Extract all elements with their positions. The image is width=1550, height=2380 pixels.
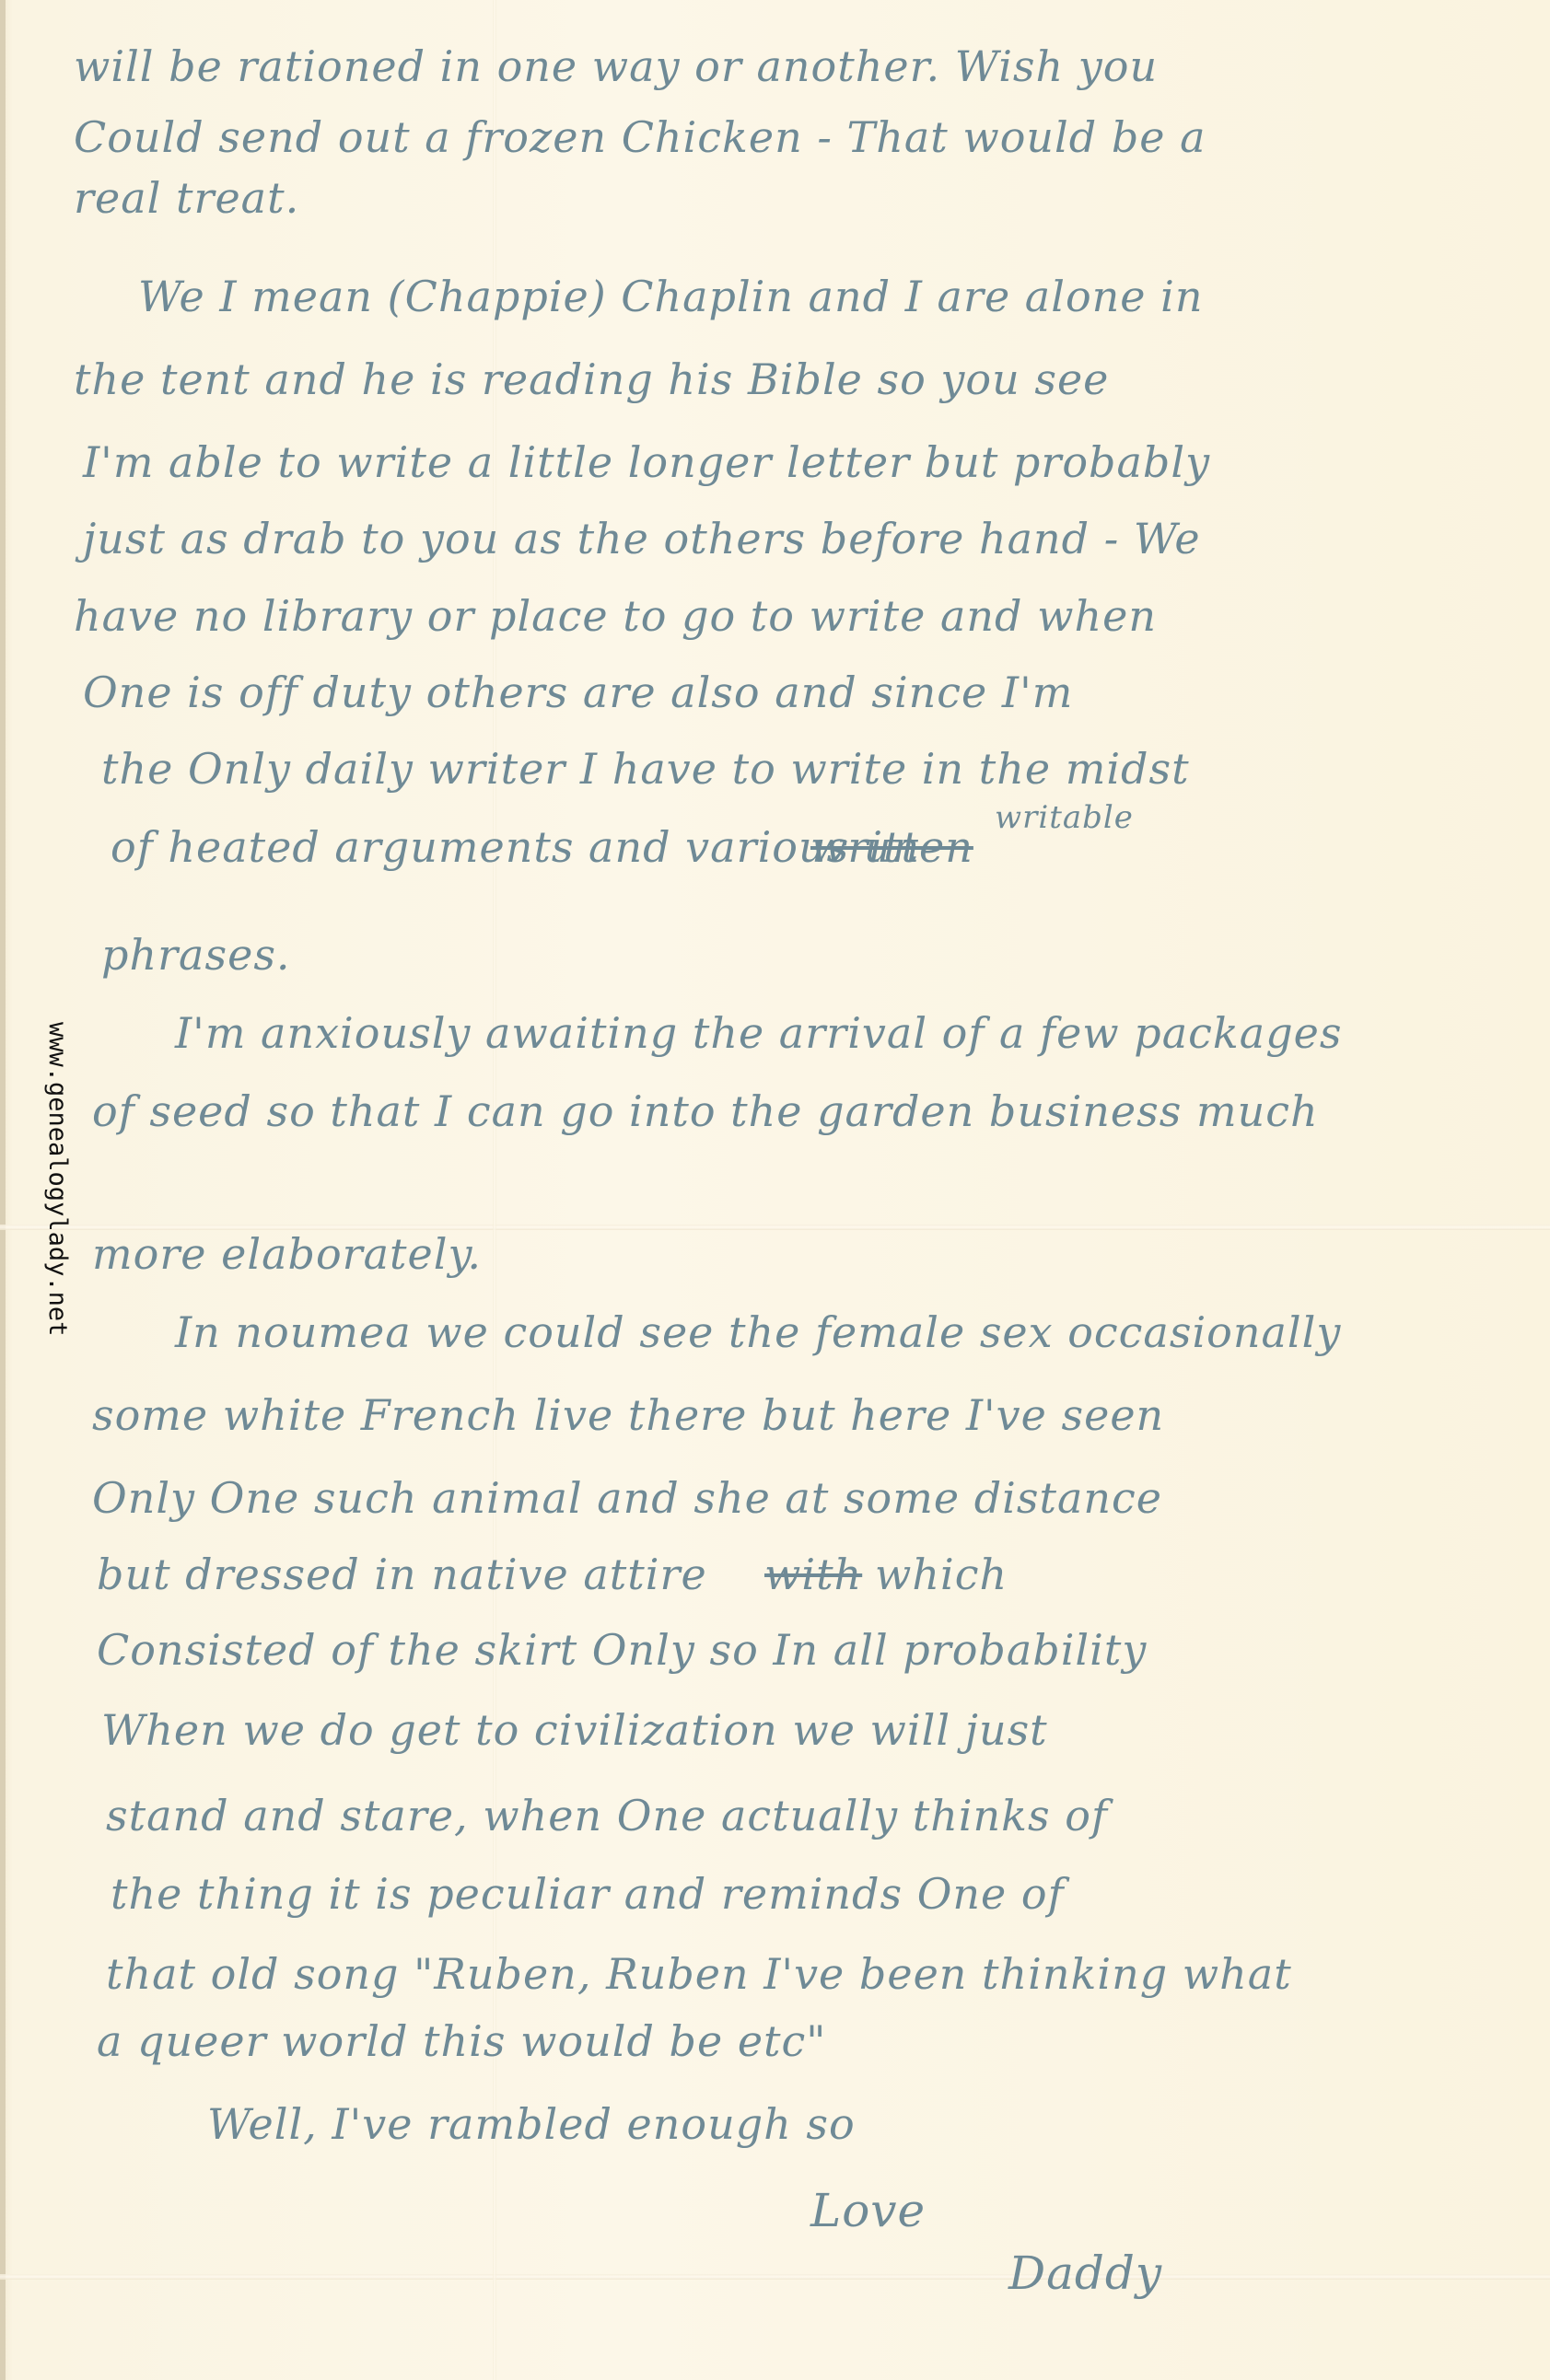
letter-line: Well, I've rambled enough so (207, 2099, 856, 2149)
struck-word: written (810, 822, 973, 872)
letter-line: of seed so that I can go into the garden… (92, 1086, 1319, 1136)
letter-line: just as drab to you as the others before… (83, 514, 1201, 563)
paper-left-edge (0, 0, 6, 2380)
letter-line: real treat. (74, 173, 299, 223)
letter-line: a queer world this would be etc" (97, 2016, 826, 2066)
letter-line: that old song "Ruben, Ruben I've been th… (106, 1949, 1292, 1999)
letter-line: some white French live there but here I'… (92, 1390, 1164, 1440)
letter-line: the tent and he is reading his Bible so … (74, 354, 1109, 404)
letter-line: One is off duty others are also and sinc… (83, 668, 1073, 717)
letter-line: I'm anxiously awaiting the arrival of a … (175, 1008, 1343, 1058)
letter-line: the Only daily writer I have to write in… (101, 744, 1190, 794)
letter-line: I'm able to write a little longer letter… (83, 437, 1210, 487)
inserted-word: writable (995, 799, 1134, 836)
struck-word-2: with (764, 1550, 862, 1599)
letter-line: of heated arguments and various un (111, 822, 920, 872)
letter-line: Daddy (1008, 2246, 1162, 2300)
letter-line: Could send out a frozen Chicken - That w… (74, 112, 1206, 162)
letter-line: but dressed in native attire (97, 1550, 707, 1599)
letter-line: stand and stare, when One actually think… (106, 1791, 1108, 1840)
letter-line: Love (810, 2184, 926, 2237)
replacement-word: which (875, 1550, 1008, 1599)
letter-line: will be rationed in one way or another. … (74, 41, 1158, 91)
watermark: www.genealogylady.net (44, 1022, 72, 1353)
letter-line: Only One such animal and she at some dis… (92, 1473, 1162, 1523)
letter-line: more elaborately. (92, 1229, 482, 1279)
letter-line: In noumea we could see the female sex oc… (175, 1307, 1341, 1357)
letter-line: the thing it is peculiar and reminds One… (111, 1869, 1065, 1919)
letter-line: We I mean (Chappie) Chaplin and I are al… (138, 272, 1203, 321)
letter-line: have no library or place to go to write … (74, 591, 1157, 641)
paper-fold-horizontal-lower (0, 2274, 1550, 2280)
letter-line: Consisted of the skirt Only so In all pr… (97, 1625, 1147, 1675)
letter-line: When we do get to civilization we will j… (101, 1705, 1048, 1755)
letter-line: phrases. (101, 930, 291, 980)
